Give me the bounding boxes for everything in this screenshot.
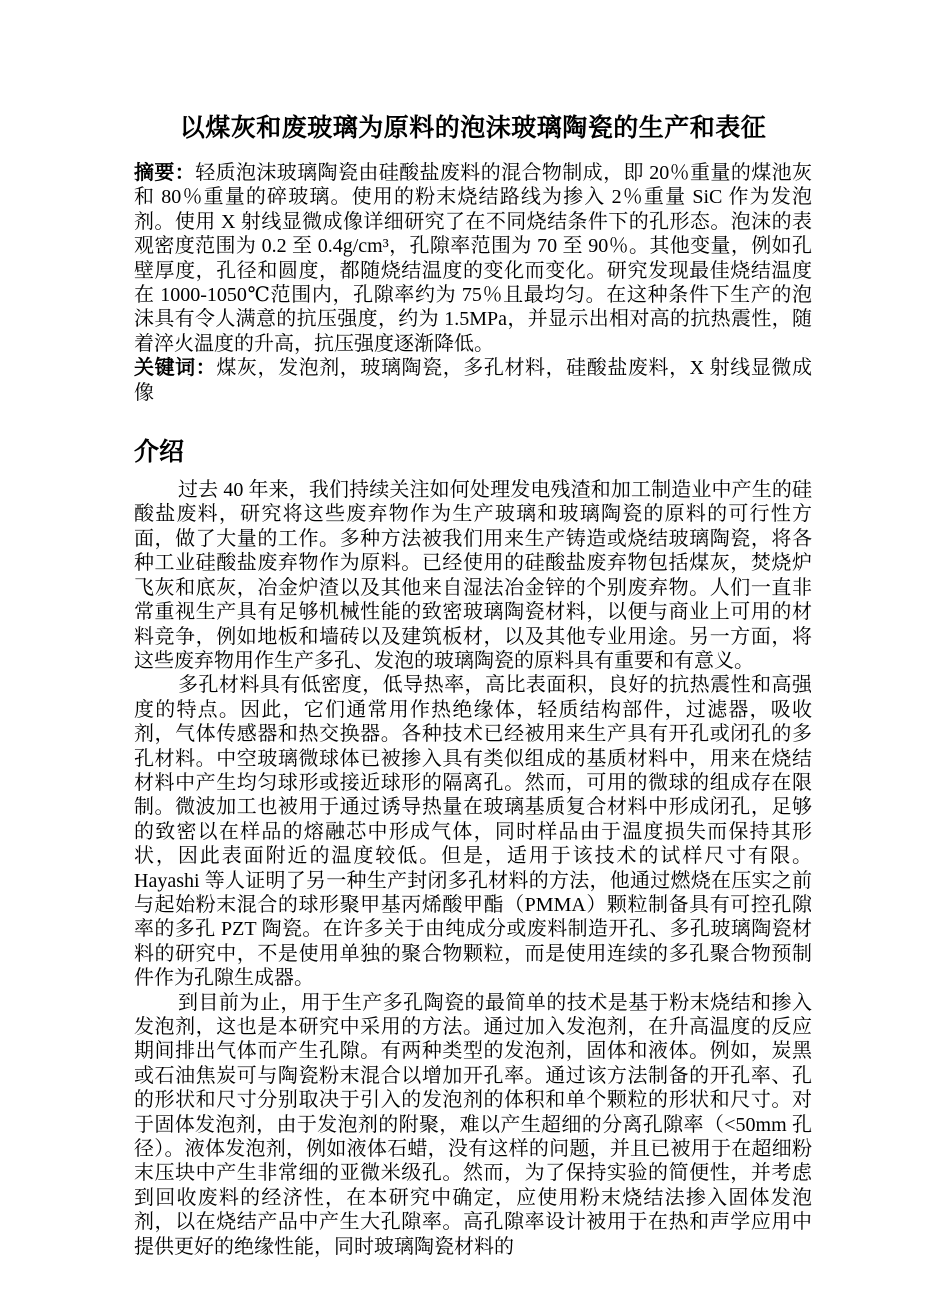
paper-title: 以煤灰和废玻璃为原料的泡沫玻璃陶瓷的生产和表征	[134, 112, 812, 146]
abstract-section: 摘要：轻质泡沫玻璃陶瓷由硅酸盐废料的混合物制成，即 20％重量的煤池灰和 80％…	[134, 161, 812, 356]
page-content: 以煤灰和废玻璃为原料的泡沫玻璃陶瓷的生产和表征 摘要：轻质泡沫玻璃陶瓷由硅酸盐废…	[134, 0, 812, 1259]
abstract-label: 摘要：	[134, 162, 195, 184]
intro-paragraph-1: 过去 40 年来，我们持续关注如何处理发电残渣和加工制造业中产生的硅酸盐废料，研…	[134, 478, 812, 673]
keywords-text: 煤灰，发泡剂，玻璃陶瓷，多孔材料，硅酸盐废料，X 射线显微成像	[134, 357, 812, 403]
introduction-heading: 介绍	[134, 435, 812, 470]
keywords-line: 关键词：煤灰，发泡剂，玻璃陶瓷，多孔材料，硅酸盐废料，X 射线显微成像	[134, 356, 812, 405]
intro-paragraph-2: 多孔材料具有低密度，低导热率，高比表面积，良好的抗热震性和高强度的特点。因此，它…	[134, 673, 812, 990]
abstract-text: 轻质泡沫玻璃陶瓷由硅酸盐废料的混合物制成，即 20％重量的煤池灰和 80％重量的…	[134, 162, 812, 355]
keywords-label: 关键词：	[134, 357, 216, 379]
intro-paragraph-3: 到目前为止，用于生产多孔陶瓷的最简单的技术是基于粉末烧结和掺入发泡剂，这也是本研…	[134, 991, 812, 1259]
document-page: 以煤灰和废玻璃为原料的泡沫玻璃陶瓷的生产和表征 摘要：轻质泡沫玻璃陶瓷由硅酸盐废…	[0, 0, 926, 1309]
